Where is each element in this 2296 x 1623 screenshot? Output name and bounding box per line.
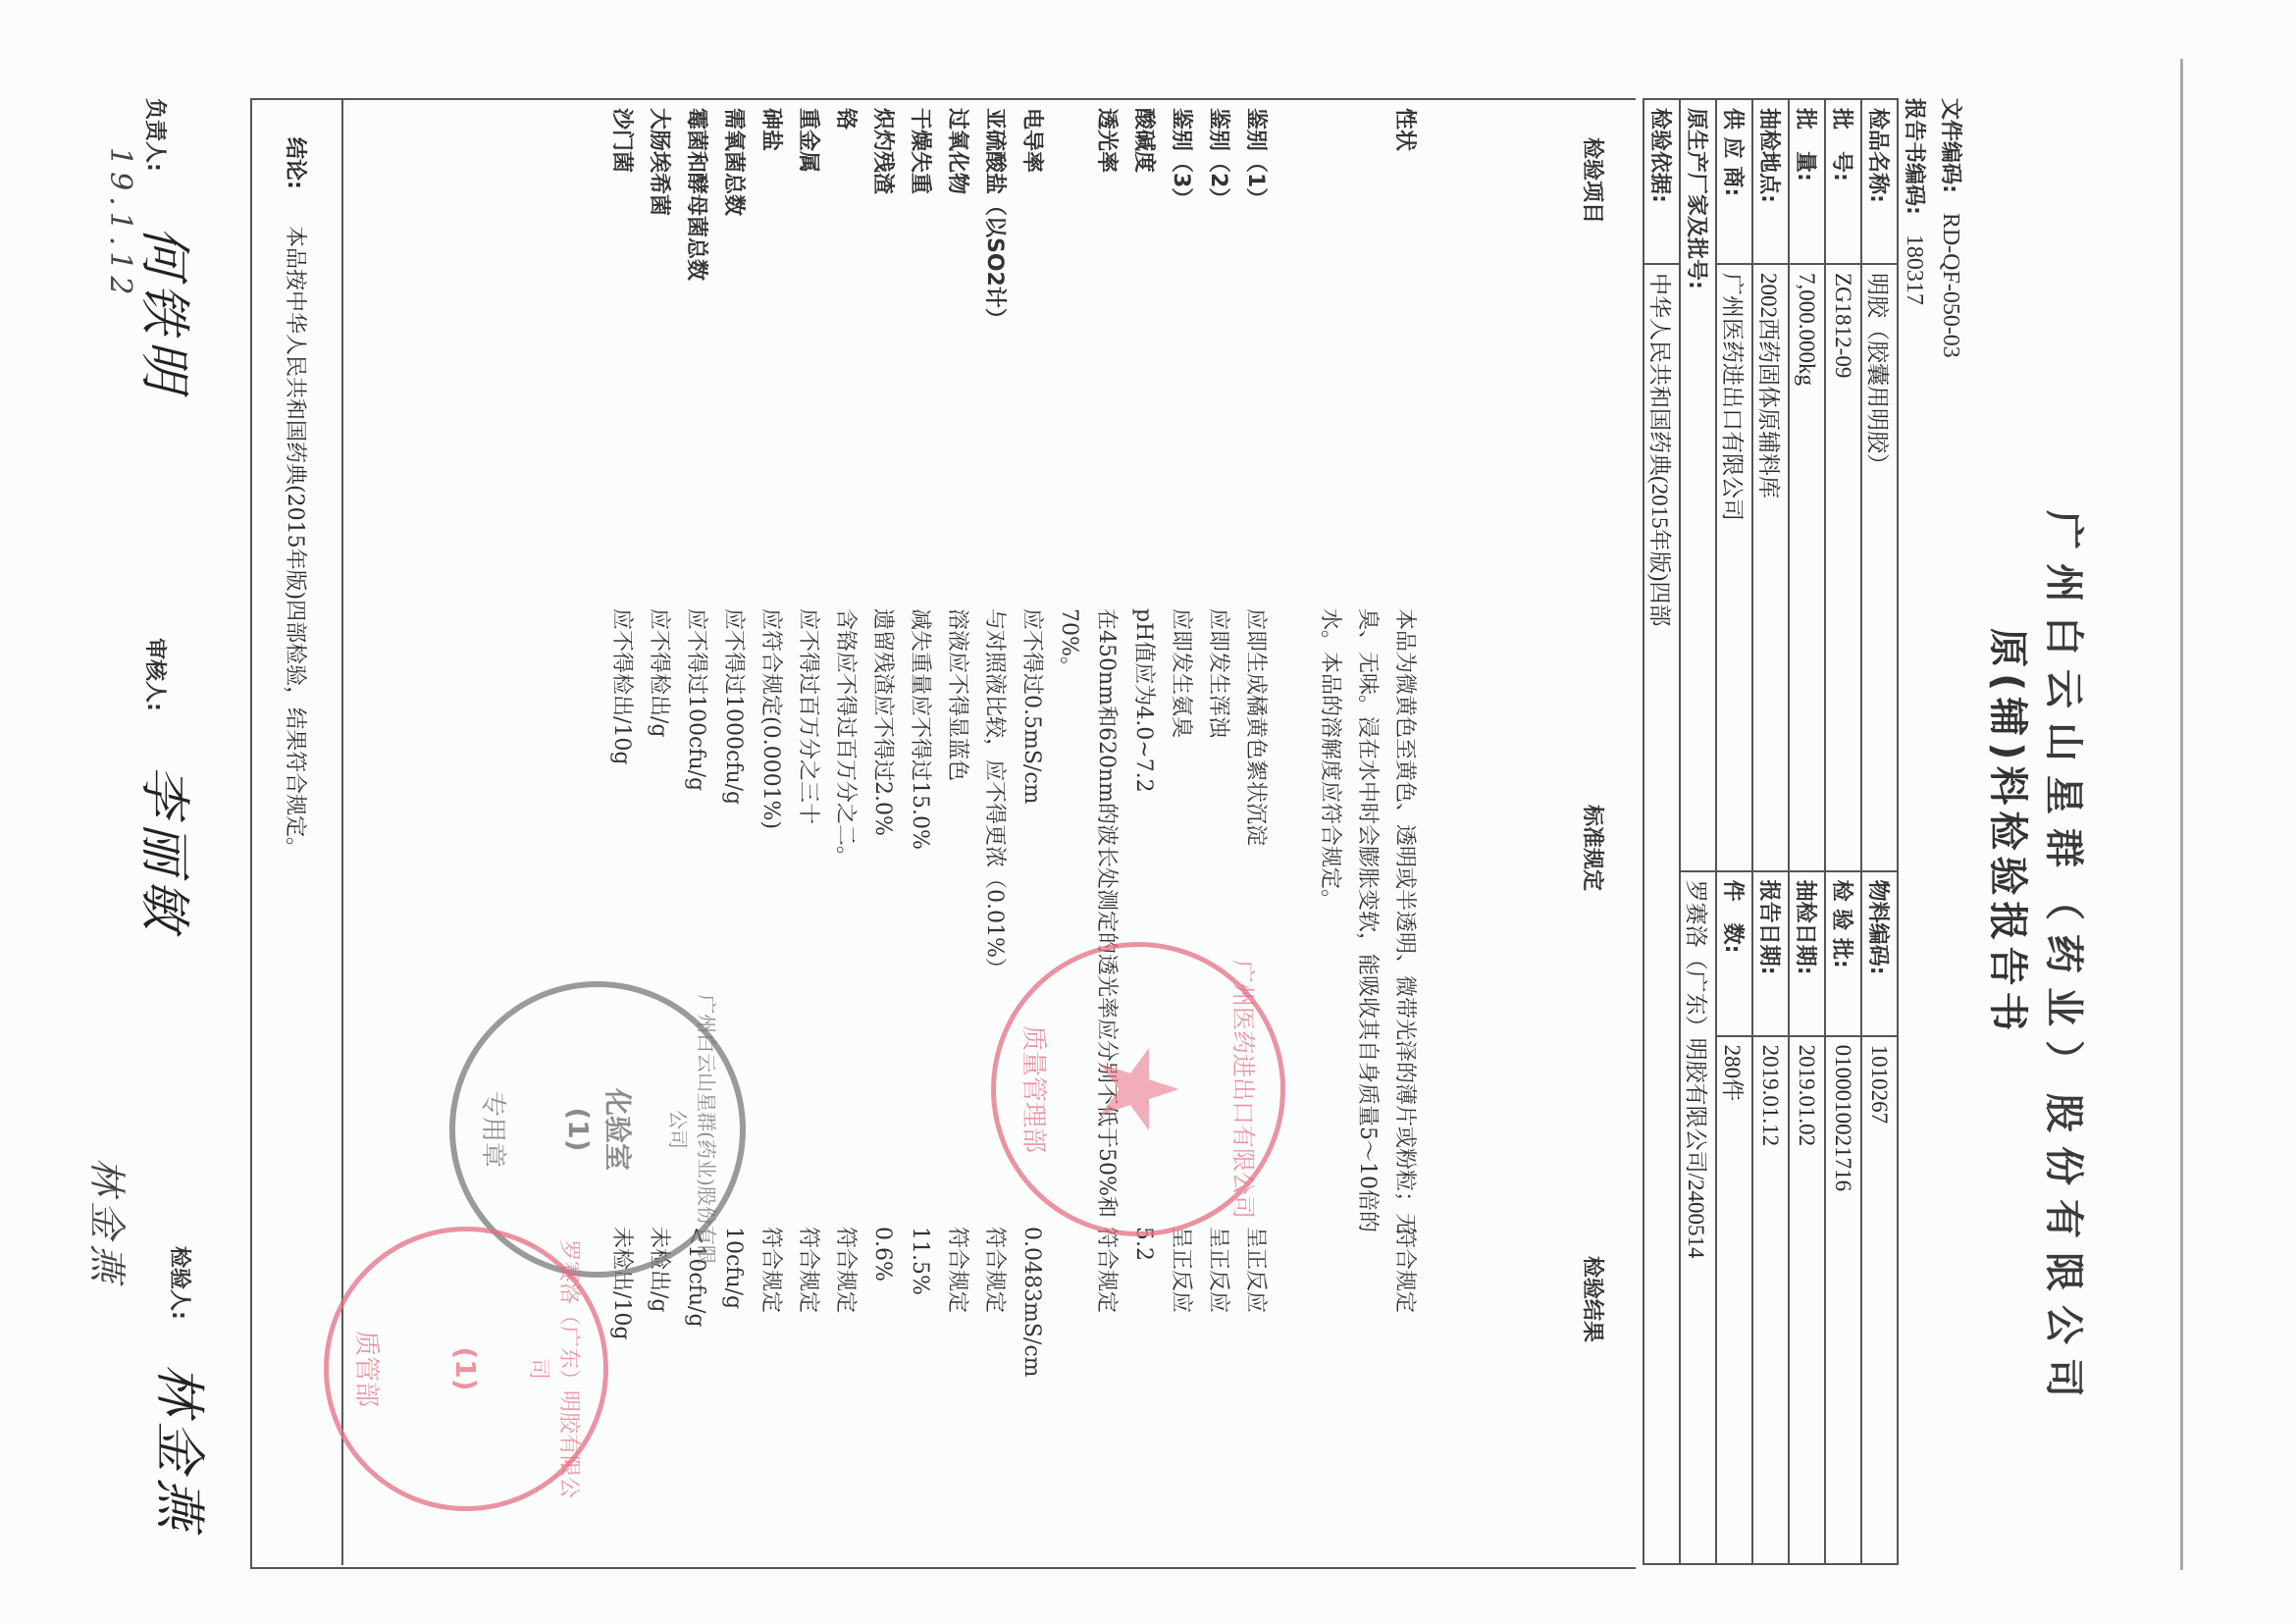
- inspection-batch-label: 检 验 批:: [1825, 871, 1861, 1036]
- test-result: 符合规定: [1274, 1227, 1423, 1378]
- test-item: 霉菌和酵母菌总数: [677, 108, 714, 330]
- manufacturer-value: 罗赛洛（广东）明胶有限公司/2400514: [1680, 871, 1716, 1564]
- info-row: 供 应 商: 广州医药进出口有限公司 件 数: 280件: [1716, 99, 1752, 1564]
- test-item: 大肠埃希菌: [640, 108, 677, 330]
- supplier-label: 供 应 商:: [1716, 99, 1752, 264]
- inspector-label: 检验人:: [166, 1246, 196, 1320]
- test-standard: 本品为微黄色至黄色、透明或半透明、微带光泽的薄片或粉粒；无臭、无味。浸在水中时会…: [1274, 608, 1423, 1236]
- pieces-label: 件 数:: [1716, 871, 1752, 1036]
- test-item: 过氧化物: [938, 108, 975, 330]
- inspection-report-page: 广州白云山星群（药业）股份有限公司 原(辅)料检验报告书 文件编码:RD-QF-…: [0, 0, 2296, 1623]
- report-date-value: 2019.01.12: [1752, 1036, 1789, 1564]
- mfr-stamp-bottom: 质管部: [350, 1231, 387, 1506]
- test-result: 符合规定: [789, 1227, 826, 1378]
- material-code-label: 物料编码:: [1861, 871, 1898, 1036]
- test-item: 铬: [826, 108, 863, 330]
- test-item: 鉴别（3）: [1162, 108, 1199, 330]
- supplier-stamp-bottom: 质量管理部: [1018, 947, 1054, 1231]
- info-row: 抽检地点: 2002西药固体原辅料库 报告日期: 2019.01.12: [1752, 99, 1789, 1564]
- test-item: 鉴别（2）: [1199, 108, 1236, 330]
- test-item: 亚硫酸盐（以SO2计）: [975, 108, 1013, 330]
- reviewer-label: 审核人:: [141, 638, 172, 711]
- reviewer-signature: 李丽敏: [132, 765, 206, 936]
- product-info-table: 检品名称: 明胶（胶囊用明胶） 物料编码: 1010267 批 号: ZG181…: [1643, 98, 1899, 1565]
- test-item: 沙门菌: [602, 108, 640, 330]
- batch-value: ZG1812-09: [1825, 264, 1861, 871]
- test-standard: 减失重量应不得过15.0%: [901, 608, 938, 1236]
- supplier-value: 广州医药进出口有限公司: [1716, 264, 1752, 871]
- responsible-signature: 何铁明: [132, 226, 206, 396]
- info-row: 检品名称: 明胶（胶囊用明胶） 物料编码: 1010267: [1861, 99, 1898, 1564]
- report-number-label: 报告书编码:: [1902, 98, 1926, 215]
- supplier-stamp-top: 广州医药进出口有限公司: [1228, 947, 1263, 1231]
- lab-stamp-middle: 化验室: [598, 1088, 637, 1171]
- material-code-value: 1010267: [1861, 1036, 1898, 1564]
- quantity-value: 7,000.000kg: [1789, 264, 1825, 871]
- column-header-item: 检验项目: [1579, 137, 1609, 224]
- basis-value: 中华人民共和国药典(2015年版)四部: [1644, 264, 1680, 1564]
- file-code: 文件编码:RD-QF-050-03: [1937, 98, 1967, 358]
- sampling-date-value: 2019.01.02: [1789, 1036, 1825, 1564]
- file-code-value: RD-QF-050-03: [1938, 213, 1963, 358]
- results-column: 符合规定呈正反应呈正反应呈正反应5.2符合规定0.0483mS/cm符合规定符合…: [602, 1227, 1423, 1378]
- inspection-batch-value: 0100010021716: [1825, 1036, 1861, 1564]
- test-result: 呈正反应: [1162, 1227, 1199, 1378]
- lab-stamp-number: (1): [558, 1088, 598, 1171]
- test-item: 性状: [1274, 108, 1423, 330]
- scan-edge-line: [2180, 59, 2183, 1570]
- product-name-label: 检品名称:: [1861, 99, 1898, 264]
- manufacturer-stamp: 罗赛洛（广东）明胶有限公司 (1) 质管部: [324, 1227, 608, 1511]
- conclusion-text: 本品按中华人民共和国药典(2015年版)四部检验，结果符合规定。: [282, 226, 312, 859]
- info-row: 检验依据: 中华人民共和国药典(2015年版)四部: [1644, 99, 1680, 1564]
- pieces-value: 280件: [1716, 1036, 1752, 1564]
- test-item: 炽灼残渣: [863, 108, 901, 330]
- test-result: 符合规定: [752, 1227, 789, 1378]
- mfr-stamp-number: (1): [450, 1346, 483, 1390]
- star-icon: ★: [1084, 1041, 1192, 1138]
- sampling-place-label: 抽检地点:: [1752, 99, 1789, 264]
- report-title: 原(辅)料检验报告书: [1983, 628, 2039, 1037]
- report-date-label: 报告日期:: [1752, 871, 1789, 1036]
- manufacturer-label: 原生产厂家及批号:: [1680, 99, 1716, 871]
- test-standard: 溶液应不得显蓝色: [938, 608, 975, 1236]
- test-item: 透光率: [1050, 108, 1124, 330]
- test-standard: 含铬应不得过百万分之二。: [826, 608, 863, 1236]
- test-item: 电导率: [1013, 108, 1050, 330]
- test-standard: 遗留残渣应不得过2.0%: [863, 608, 901, 1236]
- test-item: 酸碱度: [1124, 108, 1162, 330]
- batch-label: 批 号:: [1825, 99, 1861, 264]
- basis-label: 检验依据:: [1644, 99, 1680, 264]
- info-row: 原生产厂家及批号: 罗赛洛（广东）明胶有限公司/2400514: [1680, 99, 1716, 1564]
- lab-stamp-top: 广州白云山星群(药业)股份有限公司: [665, 987, 722, 1272]
- responsible-date: 19.1.12: [103, 147, 137, 301]
- responsible-label: 负责人:: [141, 98, 172, 172]
- info-row: 批 号: ZG1812-09 检 验 批: 0100010021716: [1825, 99, 1861, 1564]
- test-result: 0.6%: [863, 1227, 901, 1378]
- info-row: 批 量: 7,000.000kg 抽检日期: 2019.01.02: [1789, 99, 1825, 1564]
- test-result: 呈正反应: [1199, 1227, 1236, 1378]
- sampling-date-label: 抽检日期:: [1789, 871, 1825, 1036]
- supplier-stamp: 广州医药进出口有限公司 ★ 质量管理部: [991, 942, 1285, 1236]
- test-items-column: 性状鉴别（1）鉴别（2）鉴别（3）酸碱度透光率电导率亚硫酸盐（以SO2计）过氧化…: [602, 108, 1423, 330]
- product-name-value: 明胶（胶囊用明胶）: [1861, 264, 1898, 871]
- column-header-standard: 标准规定: [1579, 805, 1609, 891]
- scanned-document: 广州白云山星群（药业）股份有限公司 原(辅)料检验报告书 文件编码:RD-QF-…: [0, 0, 2296, 1623]
- mfr-stamp-top: 罗赛洛（广东）明胶有限公司: [525, 1231, 586, 1506]
- column-header-result: 检验结果: [1579, 1256, 1609, 1342]
- report-number-value: 180317: [1902, 235, 1927, 305]
- sampling-place-value: 2002西药固体原辅料库: [1752, 264, 1789, 871]
- test-result: 符合规定: [1050, 1227, 1124, 1378]
- company-name: 广州白云山星群（药业）股份有限公司: [2039, 510, 2095, 1411]
- test-result: 11.5%: [901, 1227, 938, 1378]
- test-result: 符合规定: [975, 1227, 1013, 1378]
- test-result: 呈正反应: [1236, 1227, 1274, 1378]
- test-item: 砷盐: [752, 108, 789, 330]
- test-item: 鉴别（1）: [1236, 108, 1274, 330]
- report-number: 报告书编码:180317: [1901, 98, 1931, 305]
- test-result: 符合规定: [826, 1227, 863, 1378]
- test-result: 符合规定: [938, 1227, 975, 1378]
- test-standard: 应不得过百万分之三十: [789, 608, 826, 1236]
- test-standard: 应符合规定(0.0001%): [752, 608, 789, 1236]
- conclusion-label: 结论:: [282, 137, 312, 189]
- test-result: 0.0483mS/cm: [1013, 1227, 1050, 1378]
- quantity-label: 批 量:: [1789, 99, 1825, 264]
- test-result: 5.2: [1124, 1227, 1162, 1378]
- test-item: 需氧菌总数: [714, 108, 752, 330]
- inspector-signature-faint: 林金燕: [83, 1158, 137, 1287]
- inspector-signature: 林金燕: [147, 1364, 221, 1535]
- test-item: 重金属: [789, 108, 826, 330]
- test-item: 干燥失重: [901, 108, 938, 330]
- file-code-label: 文件编码:: [1938, 98, 1962, 193]
